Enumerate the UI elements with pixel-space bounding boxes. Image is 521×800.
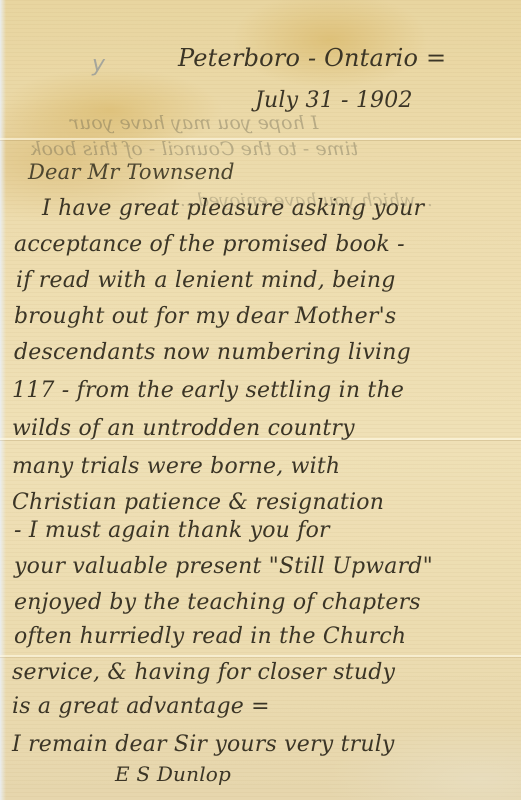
body-line: many trials were borne, with <box>12 454 340 479</box>
body-line: Christian patience & resignation <box>12 490 384 515</box>
body-line: acceptance of the promised book - <box>14 232 405 257</box>
body-line: your valuable present "Still Upward" <box>14 554 433 579</box>
body-line: wilds of an untrodden country <box>12 416 355 441</box>
bleed-through-line: time - to the Council - of this book <box>30 138 358 160</box>
letter-place: Peterboro - Ontario = <box>178 44 446 72</box>
body-line: if read with a lenient mind, being <box>16 268 396 293</box>
body-line: 117 - from the early settling in the <box>12 378 404 403</box>
body-line: descendants now numbering living <box>14 340 411 365</box>
bleed-through-line: I hope you may have your <box>70 112 318 134</box>
letter-date: July 31 - 1902 <box>255 88 413 113</box>
body-line: brought out for my dear Mother's <box>14 304 396 329</box>
body-line: enjoyed by the teaching of chapters <box>14 590 421 615</box>
signature: E S Dunlop <box>115 762 231 786</box>
pencil-mark: y <box>92 52 105 77</box>
body-line: I have great pleasure asking your <box>42 196 424 221</box>
closing: I remain dear Sir yours very truly <box>12 732 395 757</box>
body-line: - I must again thank you for <box>14 518 330 543</box>
paper-edge <box>0 0 6 800</box>
fold-crease <box>0 655 521 657</box>
salutation: Dear Mr Townsend <box>28 160 235 184</box>
body-line: often hurriedly read in the Church <box>14 624 406 649</box>
body-line: is a great advantage = <box>12 694 270 719</box>
body-line: service, & having for closer study <box>12 660 395 685</box>
